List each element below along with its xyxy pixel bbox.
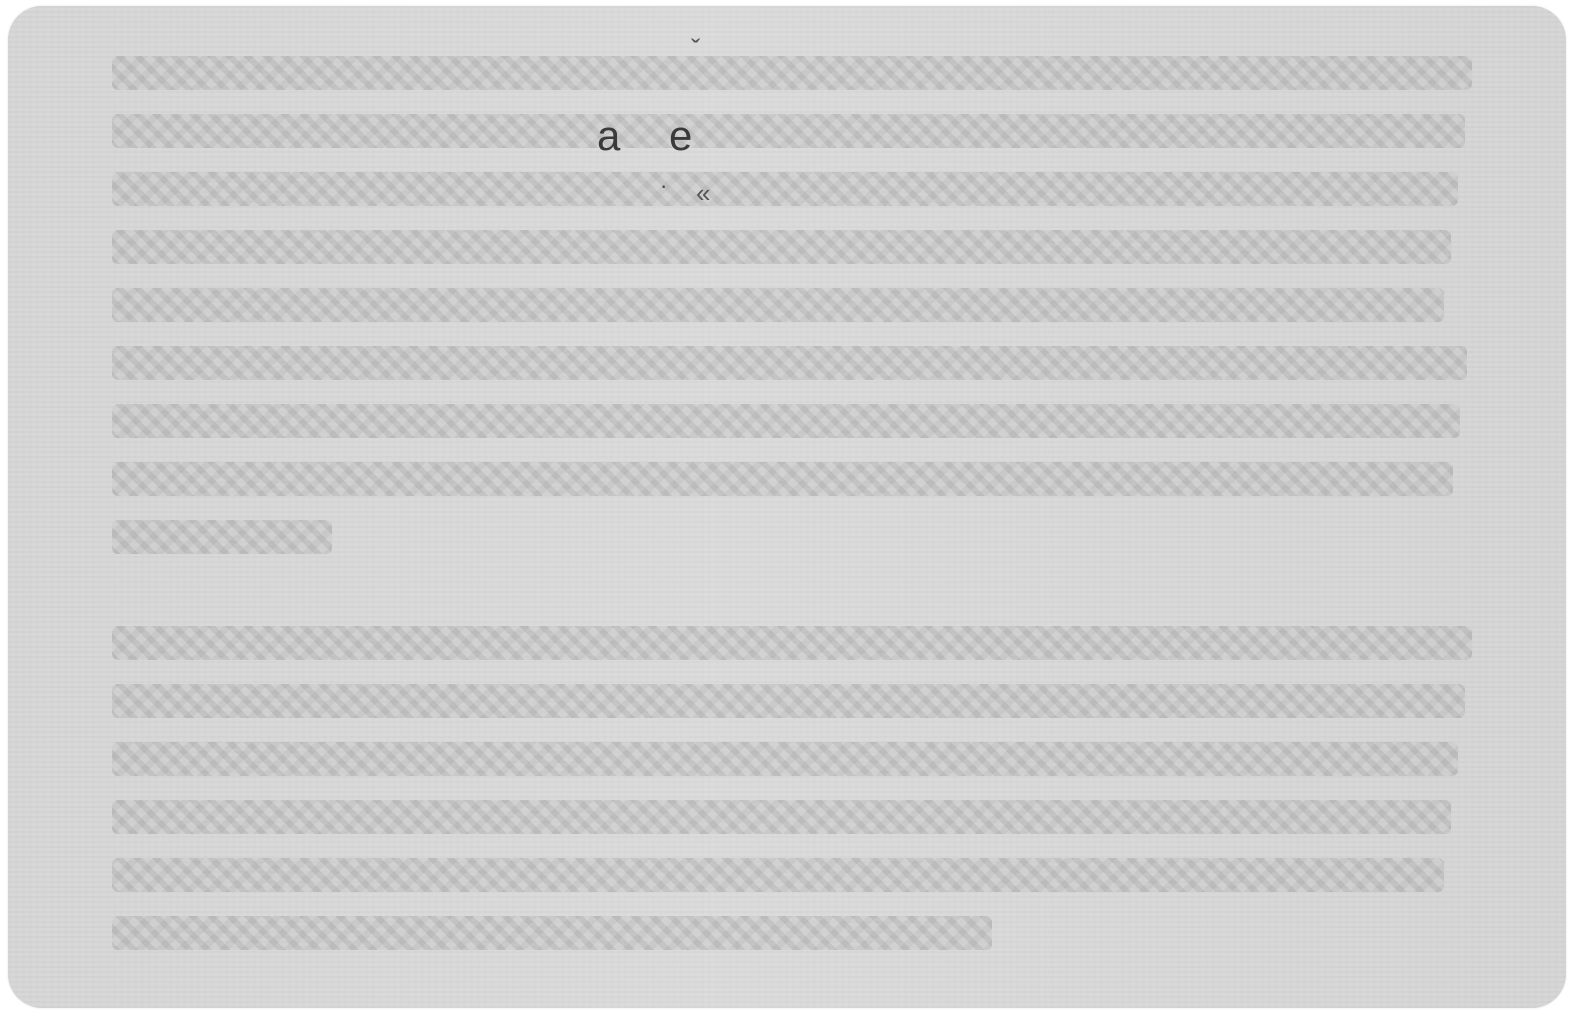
obscured-text-line [112, 230, 1451, 264]
obscured-text-line [112, 684, 1465, 718]
obscured-text-line [112, 520, 332, 554]
obscured-text-line [112, 858, 1444, 892]
obscured-text-line [112, 800, 1451, 834]
obscured-text-line [112, 288, 1444, 322]
obscured-text-card: ˇ a e · « [8, 6, 1566, 1008]
obscured-text-line [112, 626, 1472, 660]
obscured-text-line [112, 462, 1453, 496]
obscured-text-line [112, 56, 1472, 90]
obscured-text-line [112, 346, 1467, 380]
obscured-text-line [112, 172, 1458, 206]
guillemet-glyph: « [696, 178, 710, 209]
caron-glyph: ˇ [691, 34, 700, 66]
dot-glyph: · [660, 173, 667, 199]
letter-a-glyph: a [597, 112, 620, 160]
obscured-text-line [112, 114, 1465, 148]
obscured-text-line [112, 742, 1458, 776]
letter-e-glyph: e [669, 112, 692, 160]
obscured-text-line [112, 404, 1460, 438]
obscured-text-line [112, 916, 992, 950]
